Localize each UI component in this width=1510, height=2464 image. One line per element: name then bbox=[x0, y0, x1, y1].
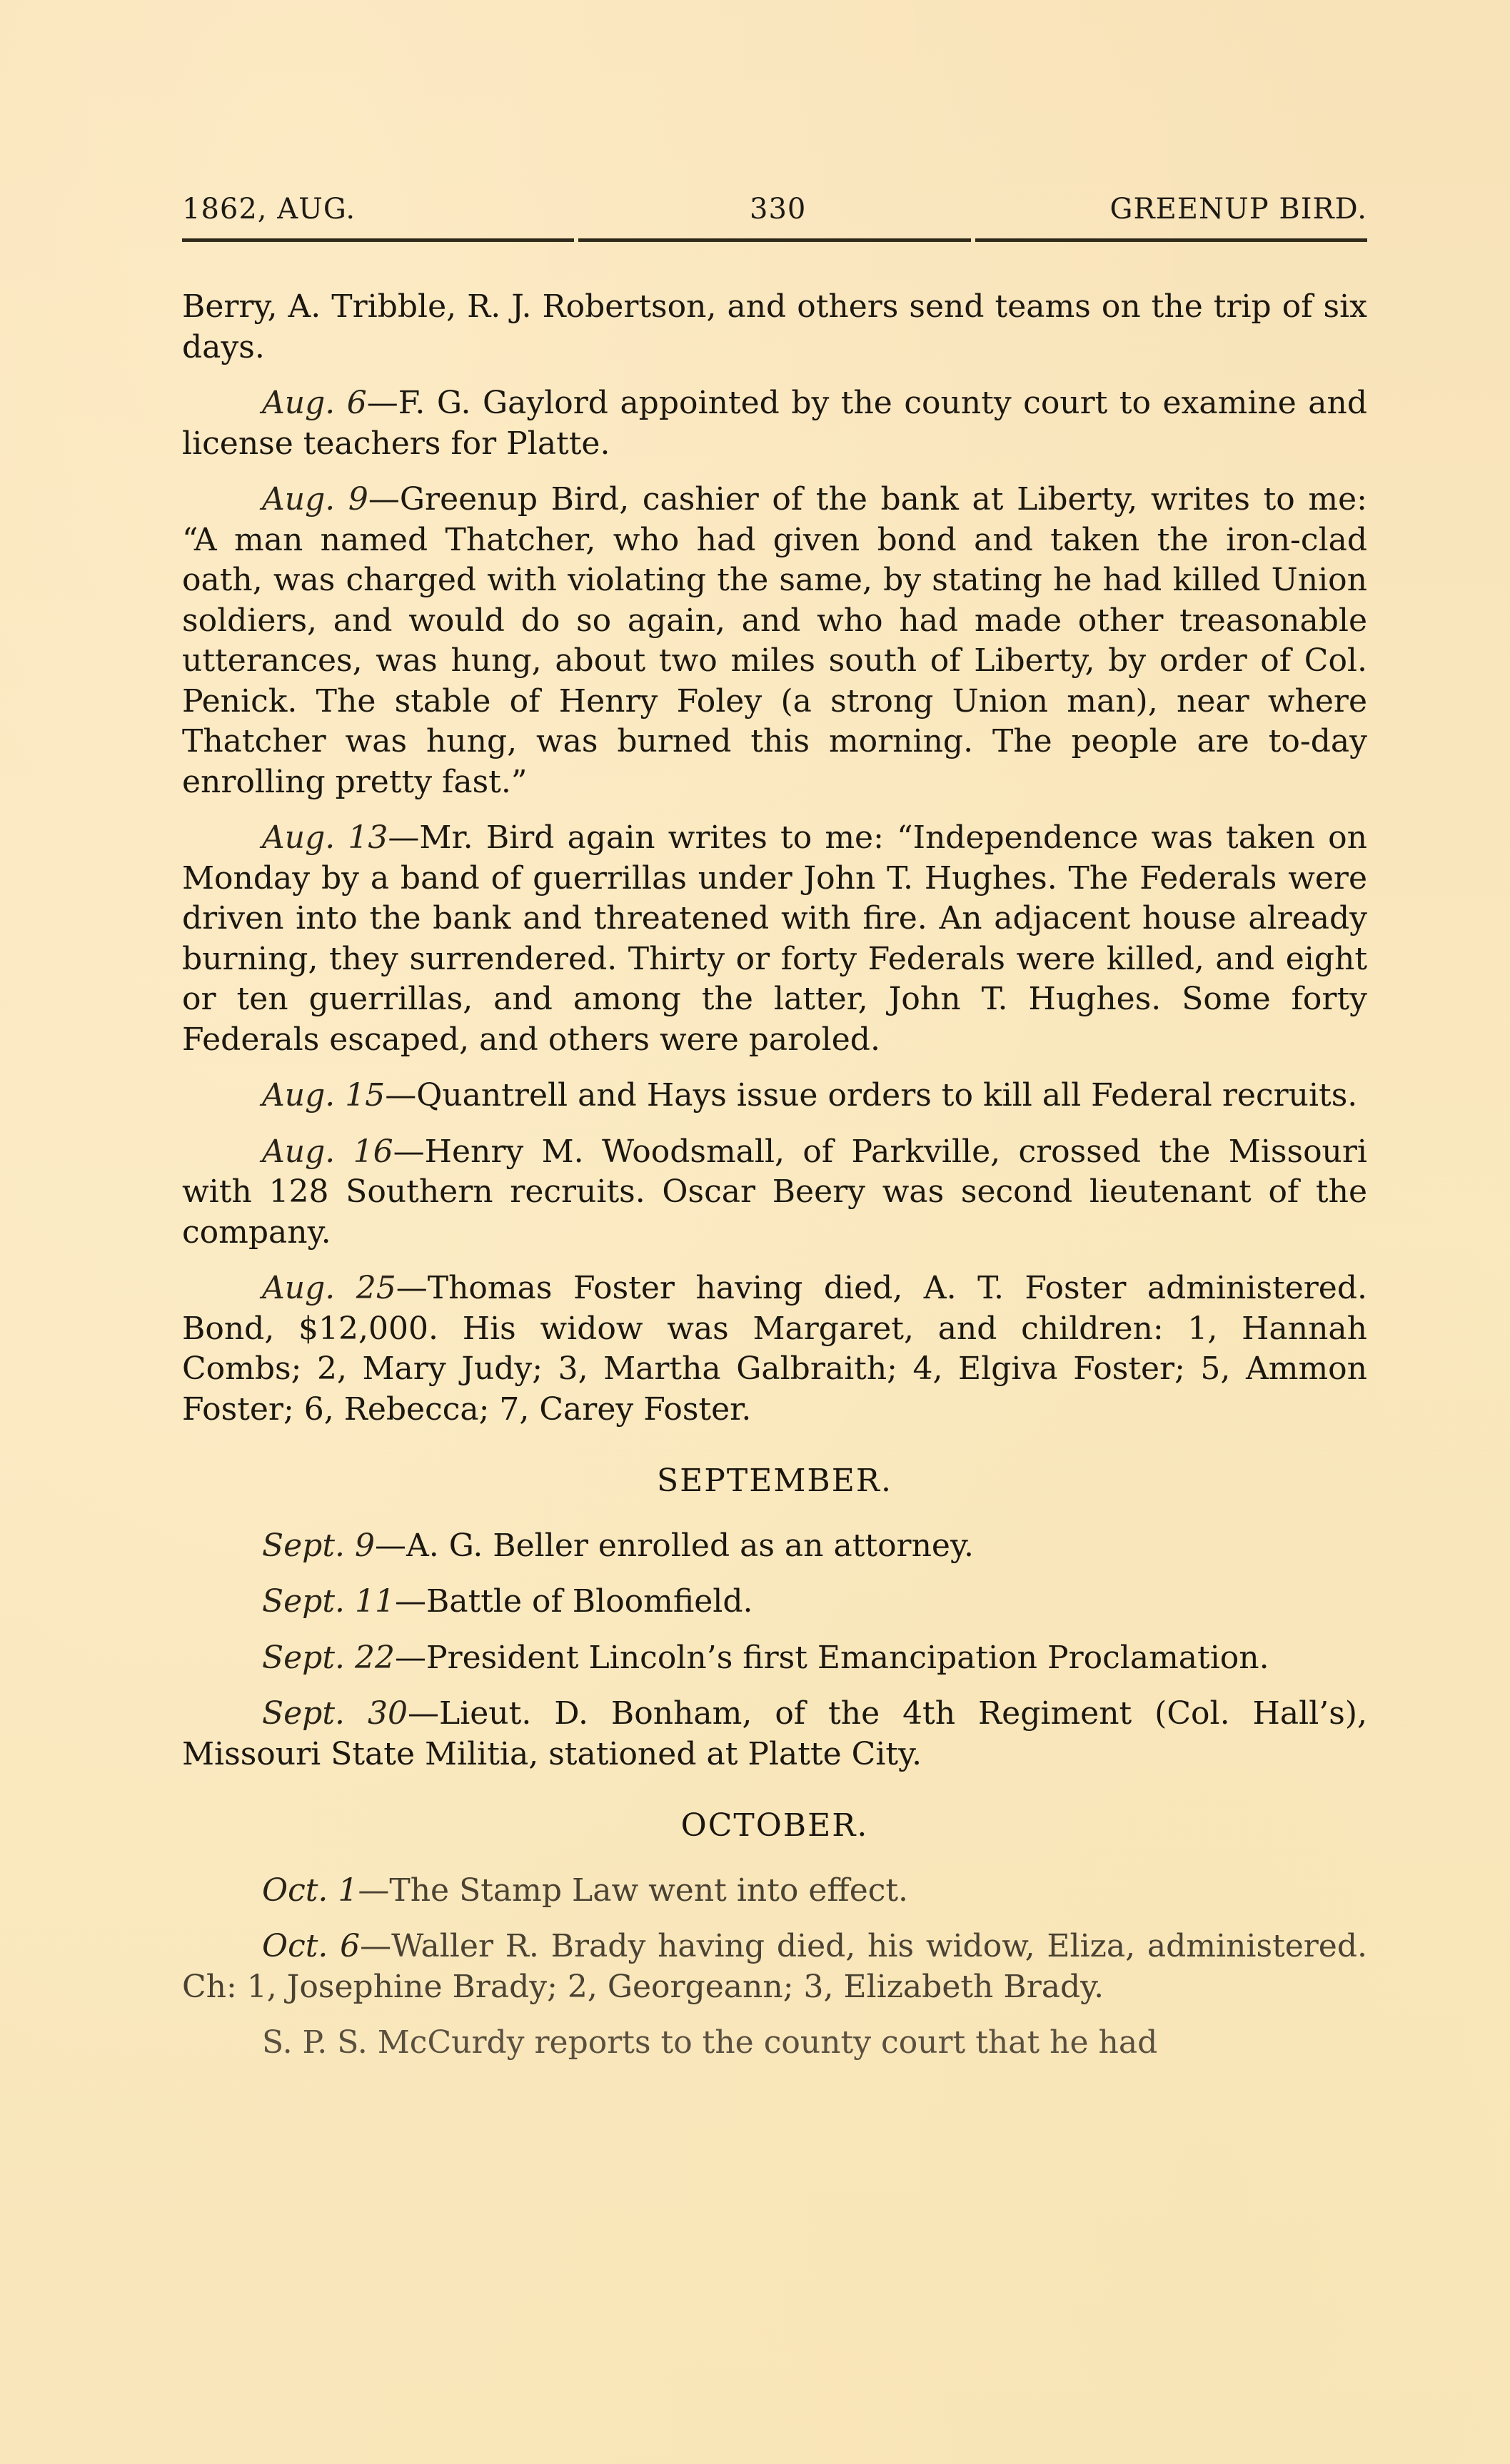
running-head-date: 1862, AUG. bbox=[182, 193, 356, 226]
entry-text: Quantrell and Hays issue orders to kill … bbox=[416, 1077, 1357, 1114]
entry-text: S. P. S. McCurdy reports to the county c… bbox=[262, 2024, 1157, 2061]
paragraph-text: Berry, A. Tribble, R. J. Robertson, and … bbox=[182, 288, 1367, 365]
entry-text: President Lincoln’s first Emancipation P… bbox=[426, 1640, 1269, 1676]
entry-oct-1: Oct. 1—The Stamp Law went into effect. bbox=[182, 1871, 1367, 1912]
entry-date: Aug. 16 bbox=[262, 1133, 393, 1170]
entry-aug-25: Aug. 25—Thomas Foster having died, A. T.… bbox=[182, 1268, 1367, 1430]
em-dash: — bbox=[375, 1528, 406, 1564]
entry-aug-9: Aug. 9—Greenup Bird, cashier of the bank… bbox=[182, 480, 1367, 802]
entry-sept-30: Sept. 30—Lieut. D. Bonham, of the 4th Re… bbox=[182, 1694, 1367, 1774]
entry-aug-6: Aug. 6—F. G. Gaylord appointed by the co… bbox=[182, 383, 1367, 464]
entry-oct-6: Oct. 6—Waller R. Brady having died, his … bbox=[182, 1927, 1367, 2007]
running-head: 1862, AUG. 330 GREENUP BIRD. bbox=[182, 187, 1367, 231]
entry-sept-9: Sept. 9—A. G. Beller enrolled as an atto… bbox=[182, 1526, 1367, 1567]
em-dash: — bbox=[408, 1695, 439, 1732]
entry-aug-13: Aug. 13—Mr. Bird again writes to me: “In… bbox=[182, 818, 1367, 1060]
entry-text: Battle of Bloomfield. bbox=[426, 1583, 753, 1620]
entry-date: Aug. 13 bbox=[262, 819, 388, 856]
header-rule bbox=[182, 238, 1367, 244]
entry-date: Aug. 6 bbox=[262, 385, 367, 421]
entry-date: Oct. 1 bbox=[262, 1872, 358, 1909]
entry-mccurdy: S. P. S. McCurdy reports to the county c… bbox=[182, 2023, 1367, 2064]
entry-aug-16: Aug. 16—Henry M. Woodsmall, of Parkville… bbox=[182, 1132, 1367, 1253]
book-page: 1862, AUG. 330 GREENUP BIRD. Berry, A. T… bbox=[182, 187, 1367, 231]
entry-date: Aug. 9 bbox=[262, 481, 368, 517]
em-dash: — bbox=[388, 819, 419, 856]
rule-segment bbox=[578, 238, 970, 242]
entry-sept-22: Sept. 22—President Lincoln’s first Emanc… bbox=[182, 1638, 1367, 1679]
em-dash: — bbox=[358, 1872, 389, 1909]
section-heading-september: SEPTEMBER. bbox=[182, 1461, 1367, 1502]
rule-segment bbox=[975, 238, 1367, 242]
em-dash: — bbox=[360, 1928, 391, 1964]
rule-segment bbox=[182, 238, 574, 242]
entry-text: Greenup Bird, cashier of the bank at Lib… bbox=[182, 481, 1367, 800]
em-dash: — bbox=[367, 385, 398, 421]
entry-date: Sept. 11 bbox=[262, 1583, 395, 1620]
entry-text: The Stamp Law went into effect. bbox=[389, 1872, 908, 1909]
entry-date: Aug. 25 bbox=[262, 1270, 396, 1306]
running-head-title: GREENUP BIRD. bbox=[1110, 193, 1367, 226]
page-number: 330 bbox=[750, 193, 806, 226]
em-dash: — bbox=[368, 481, 400, 517]
em-dash: — bbox=[396, 1270, 428, 1306]
em-dash: — bbox=[395, 1583, 426, 1620]
paragraph-continuation: Berry, A. Tribble, R. J. Robertson, and … bbox=[182, 287, 1367, 368]
entry-date: Sept. 9 bbox=[262, 1528, 375, 1564]
entry-text: A. G. Beller enrolled as an attorney. bbox=[406, 1528, 974, 1564]
entry-sept-11: Sept. 11—Battle of Bloomfield. bbox=[182, 1582, 1367, 1622]
entry-date: Aug. 15 bbox=[262, 1077, 385, 1114]
entry-date: Sept. 22 bbox=[262, 1640, 395, 1676]
entry-aug-15: Aug. 15—Quantrell and Hays issue orders … bbox=[182, 1076, 1367, 1116]
em-dash: — bbox=[385, 1077, 416, 1114]
entry-date: Sept. 30 bbox=[262, 1695, 408, 1732]
section-heading-october: OCTOBER. bbox=[182, 1806, 1367, 1847]
em-dash: — bbox=[393, 1133, 425, 1170]
entry-date: Oct. 6 bbox=[262, 1928, 360, 1964]
em-dash: — bbox=[395, 1640, 426, 1676]
body-text: Berry, A. Tribble, R. J. Robertson, and … bbox=[182, 287, 1367, 2079]
